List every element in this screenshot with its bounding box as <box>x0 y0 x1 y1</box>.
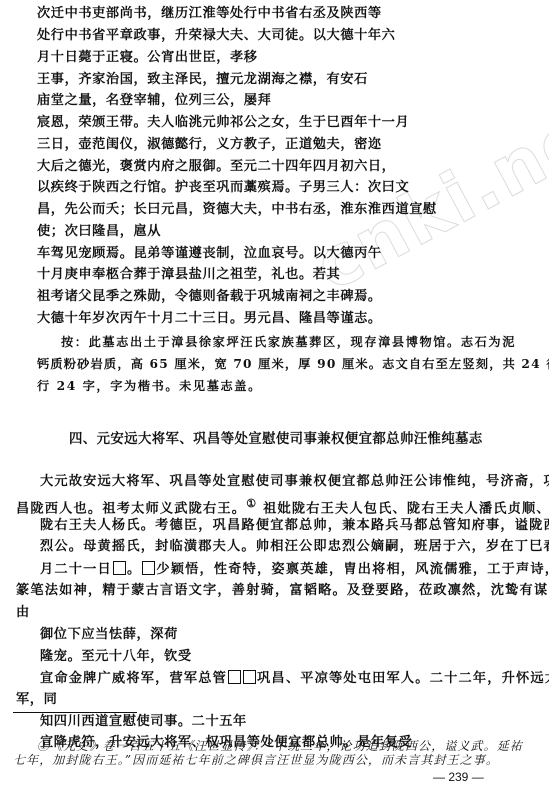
text-line: 篆笔法如神，精于蒙古言语文字，善射骑，富韬略。及登要路，莅政凛然，沈鸷有谋，始 <box>16 583 549 599</box>
note-line: 钙质粉砂岩质，高 65 厘米，宽 70 厘米，厚 90 厘米。志文自右至左竖刻，… <box>37 356 549 372</box>
missing-char-box <box>228 670 241 684</box>
text-line: 使；次曰隆昌，扈从 <box>37 224 161 240</box>
footnote-rule <box>13 712 137 713</box>
text-line: 宣命金牌广威将军，营军总管巩昌、平凉等处屯田军人。二十二年，升怀远大将 <box>40 670 549 687</box>
text-line: 陇右王夫人杨氏。考德臣，巩昌路便宜都总帅，兼本路兵马都总管知府事，谥陇西忠 <box>40 518 549 534</box>
text-line: 昌，先公而夭；长曰元昌，资德大夫，中书右丞，淮东淮西道宣慰 <box>37 202 437 218</box>
text-line: 三日，壶范闺仪，淑德懿行，义方教子，正道勉夫，密迩 <box>37 137 382 153</box>
note-line: 按：此墓志出土于漳县徐家坪汪氏家族墓葬区，现存漳县博物馆。志石为泥 <box>61 334 516 350</box>
text-line: 月十日薨于正寝。公宵出世臣，孝移 <box>37 50 258 66</box>
footnote-marker[interactable]: ① <box>246 497 257 510</box>
text-line: 大元故安远大将军、巩昌等处宣慰使司事兼权便宜都总帅汪公讳惟纯，号济斋，巩 <box>40 474 549 490</box>
note-line: 行 24 字，字为楷书。未见墓志盖。 <box>37 378 262 394</box>
text-line: 大德十年岁次丙午十月二十三日。男元昌、隆昌等谨志。 <box>37 311 382 327</box>
text-line: 大后之德光，褒赏内府之服御。至元二十四年四月初六日， <box>37 159 395 175</box>
footnote-line: 七年，加封陇右王。”因而延祐七年前之碑俱言汪世显为陇西公，而未言其封王之事。 <box>13 752 499 768</box>
text-line: 处行中书省平章政事，升荣禄大夫、大司徒。以大德十年六 <box>37 28 395 44</box>
text-line: 十月庚申奉柩合葬于漳县盐川之祖茔，礼也。若其 <box>37 267 340 283</box>
text-line: 庙堂之量，名登宰辅，位列三公，屡拜 <box>37 93 271 109</box>
missing-char-box <box>142 561 155 575</box>
text-line: 车驾见宠顾焉。昆弟等谨遵丧制，泣血哀号。以大德丙午 <box>37 246 382 262</box>
text-line: 王事，齐家治国，致主泽民，擅元龙湖海之襟，有安石 <box>37 72 368 88</box>
missing-char-box <box>113 561 126 575</box>
text-line: 祖考诸父昆季之殊勋，令德则备载于巩城南祠之丰碑焉。 <box>37 289 382 305</box>
note-label: 按： <box>61 335 89 349</box>
text-line: 昌陇西人也。祖考太师义武陇右王。① 祖妣陇右王夫人包氏、陇右王夫人潘氏贞顺、 <box>16 496 549 517</box>
note-text: 此墓志出土于漳县徐家坪汪氏家族墓葬区，现存漳县博物馆。志石为泥 <box>89 335 516 349</box>
text-line: 宸恩，荣颁王带。夫人临洮元帅祁公之女，生于巳酉年十一月 <box>37 115 409 131</box>
missing-char-box <box>243 670 256 684</box>
text-line: 隆宠。至元十八年，钦受 <box>40 649 192 665</box>
page-number: — 239 — <box>433 770 484 784</box>
text-line: 次迁中书吏部尚书，继历江淮等处行中书省右丞及陕西等 <box>37 6 382 22</box>
text-line: 以疾终于陕西之行馆。护丧至巩而藁殡焉。子男三人：次曰文 <box>37 180 409 196</box>
section-heading: 四、元安远大将军、巩昌等处宣慰使司事兼权便宜都总帅汪惟纯墓志 <box>69 432 483 448</box>
text-line: 知四川西道宣慰使司事。二十五年 <box>40 714 247 730</box>
text-line: 烈公。母黄摇氏，封临潢郡夫人。帅相汪公即忠烈公嫡嗣，班居于六，岁在丁巳春三 <box>40 539 549 555</box>
text-line: 月二十一日。少颖悟，性奇特，姿禀英雄，胄出将相，风流儒雅，工于声诗，楷 <box>40 561 549 578</box>
text-line: 由 <box>16 605 30 621</box>
text-line: 御位下应当怯薛，深荷 <box>40 627 178 643</box>
text-line: 军，同 <box>16 692 57 708</box>
